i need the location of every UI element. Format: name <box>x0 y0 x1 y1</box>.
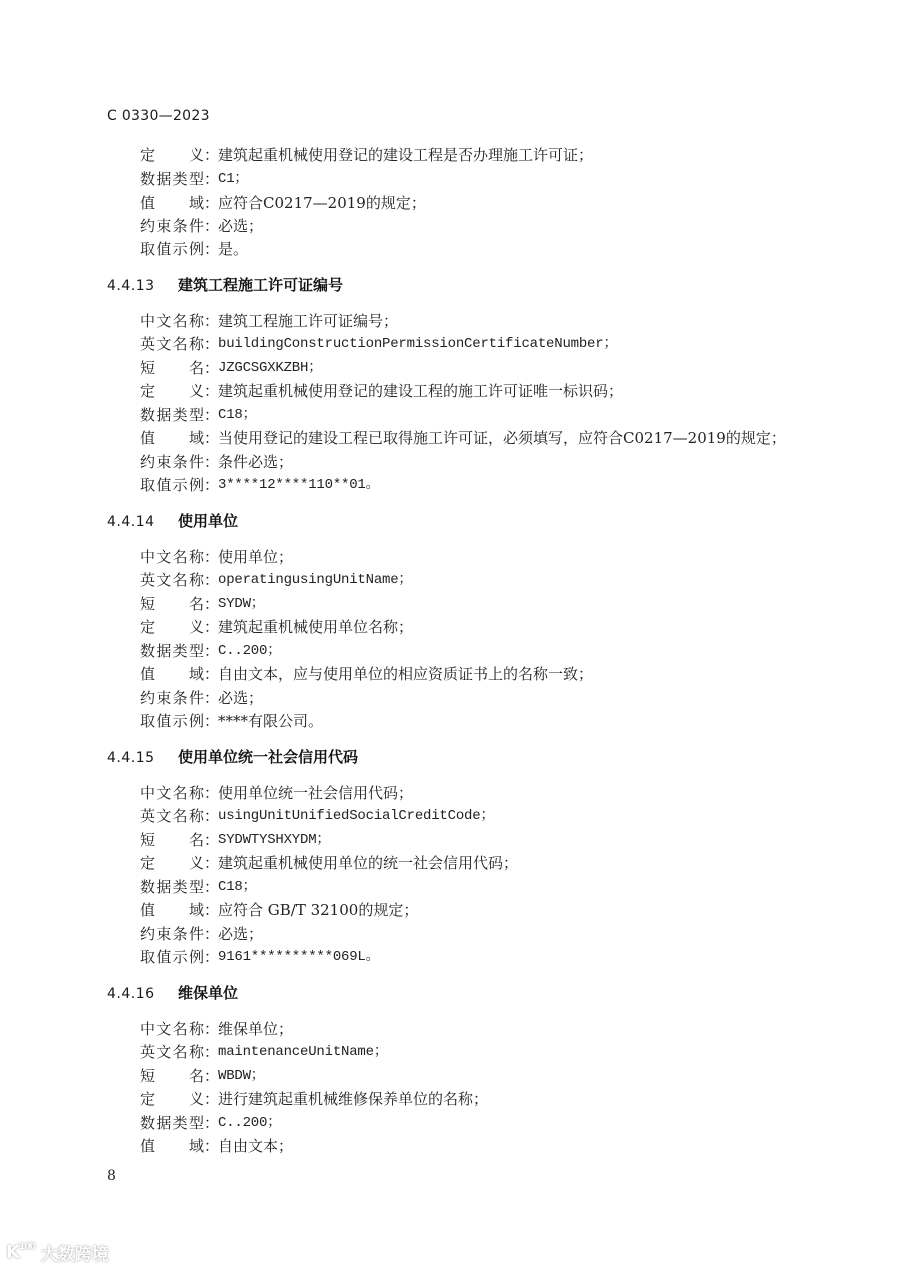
field-colon: ： <box>204 782 218 805</box>
watermark: K100 大数跨境 <box>6 1240 109 1265</box>
field-colon: ： <box>204 593 218 616</box>
section-title: 维保单位 <box>178 981 238 1005</box>
field-colon: ： <box>204 1065 218 1088</box>
field-colon: ： <box>204 805 218 828</box>
section-title: 使用单位 <box>178 509 238 533</box>
field-value: 必选； <box>218 687 263 710</box>
field-line-value-domain: 值域：自由文本； <box>140 1135 293 1158</box>
field-label: 约束条件 <box>140 215 204 238</box>
field-colon: ： <box>204 1088 218 1111</box>
field-line-english-name: 英文名称：buildingConstructionPermissionCerti… <box>140 333 617 356</box>
field-line-example: 取值示例：****有限公司。 <box>140 710 323 733</box>
field-colon: ： <box>204 616 218 639</box>
field-colon: ： <box>204 1135 218 1158</box>
watermark-logo-icon: K100 <box>6 1242 35 1263</box>
field-label: 中文名称 <box>140 546 204 569</box>
field-value: 9161**********069L。 <box>218 946 379 969</box>
field-label: 值域 <box>140 192 204 215</box>
field-line-constraint: 约束条件：必选； <box>140 923 263 946</box>
field-label: 值域 <box>140 1135 204 1158</box>
field-value: 维保单位； <box>218 1018 293 1041</box>
field-line-constraint: 约束条件：必选； <box>140 215 263 238</box>
field-label: 数据类型 <box>140 404 204 427</box>
field-line-constraint: 约束条件：必选； <box>140 687 263 710</box>
section-number: 4.4.13 <box>107 274 178 298</box>
field-colon: ： <box>204 1018 218 1041</box>
field-line-chinese-name: 中文名称：使用单位； <box>140 546 293 569</box>
field-label: 短名 <box>140 593 204 616</box>
field-colon: ： <box>204 569 218 592</box>
document-page: C 0330—2023 定义：建筑起重机械使用登记的建设工程是否办理施工许可证；… <box>0 0 900 1273</box>
field-value: 建筑起重机械使用登记的建设工程的施工许可证唯一标识码； <box>218 380 623 403</box>
section-number: 4.4.15 <box>107 746 178 770</box>
field-line-english-name: 英文名称：operatingusingUnitName； <box>140 569 412 592</box>
field-value: 使用单位统一社会信用代码； <box>218 782 413 805</box>
field-line-data-type: 数据类型：C18； <box>140 876 256 899</box>
field-label: 数据类型 <box>140 1112 204 1135</box>
field-label: 取值示例 <box>140 238 204 261</box>
field-label: 定义 <box>140 852 204 875</box>
field-line-example: 取值示例：是。 <box>140 238 248 261</box>
field-label: 中文名称 <box>140 310 204 333</box>
field-value: 建筑起重机械使用单位名称； <box>218 616 413 639</box>
field-label: 英文名称 <box>140 569 204 592</box>
field-line-english-name: 英文名称：usingUnitUnifiedSocialCreditCode； <box>140 805 494 828</box>
section-heading-4-4-15: 4.4.15使用单位统一社会信用代码 <box>107 745 358 769</box>
field-label: 短名 <box>140 357 204 380</box>
field-colon: ： <box>204 1041 218 1064</box>
field-value: C18； <box>218 404 256 427</box>
field-colon: ： <box>204 310 218 333</box>
field-colon: ： <box>204 357 218 380</box>
field-value: 当使用登记的建设工程已取得施工许可证，必须填写，应符合C0217—2019的规定… <box>218 427 786 450</box>
field-value: buildingConstructionPermissionCertificat… <box>218 333 617 356</box>
field-value: SYDWTYSHXYDM； <box>218 829 330 852</box>
field-colon: ： <box>204 876 218 899</box>
field-value: C18； <box>218 876 256 899</box>
field-colon: ： <box>204 546 218 569</box>
field-label: 英文名称 <box>140 805 204 828</box>
field-value: 3****12****110**01。 <box>218 474 379 497</box>
field-colon: ： <box>204 451 218 474</box>
field-value: 建筑工程施工许可证编号； <box>218 310 398 333</box>
field-label: 值域 <box>140 427 204 450</box>
field-line-value-domain: 值域：应符合C0217—2019的规定； <box>140 192 426 215</box>
field-line-chinese-name: 中文名称：使用单位统一社会信用代码； <box>140 782 413 805</box>
field-label: 值域 <box>140 899 204 922</box>
watermark-logo-sup: 100 <box>19 1242 35 1252</box>
field-colon: ： <box>204 192 218 215</box>
section-title: 使用单位统一社会信用代码 <box>178 745 358 769</box>
field-label: 取值示例 <box>140 710 204 733</box>
section-title: 建筑工程施工许可证编号 <box>178 273 343 297</box>
field-value: WBDW； <box>218 1065 265 1088</box>
field-value: 应符合C0217—2019的规定； <box>218 192 426 215</box>
field-line-definition: 定义：进行建筑起重机械维修保养单位的名称； <box>140 1088 488 1111</box>
field-line-constraint: 约束条件：条件必选； <box>140 451 293 474</box>
field-value: ****有限公司。 <box>218 710 323 733</box>
field-label: 英文名称 <box>140 1041 204 1064</box>
field-colon: ： <box>204 215 218 238</box>
field-value: C1； <box>218 168 248 191</box>
field-value: 必选； <box>218 923 263 946</box>
field-colon: ： <box>204 380 218 403</box>
field-label: 中文名称 <box>140 782 204 805</box>
field-colon: ： <box>204 946 218 969</box>
field-label: 约束条件 <box>140 451 204 474</box>
field-label: 取值示例 <box>140 946 204 969</box>
field-line-value-domain: 值域：应符合 GB/T 32100的规定； <box>140 899 418 922</box>
field-value: 必选； <box>218 215 263 238</box>
field-colon: ： <box>204 663 218 686</box>
section-number: 4.4.16 <box>107 982 178 1006</box>
field-label: 取值示例 <box>140 474 204 497</box>
field-label: 定义 <box>140 616 204 639</box>
field-line-example: 取值示例：9161**********069L。 <box>140 946 379 969</box>
field-value: SYDW； <box>218 593 265 616</box>
field-label: 英文名称 <box>140 333 204 356</box>
section-number: 4.4.14 <box>107 510 178 534</box>
field-value: 进行建筑起重机械维修保养单位的名称； <box>218 1088 488 1111</box>
field-line-example: 取值示例：3****12****110**01。 <box>140 474 379 497</box>
field-label: 中文名称 <box>140 1018 204 1041</box>
field-line-data-type: 数据类型：C..200； <box>140 1112 281 1135</box>
field-value: operatingusingUnitName； <box>218 569 412 592</box>
field-line-english-name: 英文名称：maintenanceUnitName； <box>140 1041 388 1064</box>
section-heading-4-4-16: 4.4.16维保单位 <box>107 981 238 1005</box>
field-line-definition: 定义：建筑起重机械使用单位名称； <box>140 616 413 639</box>
field-line-short-name: 短名：SYDW； <box>140 593 265 616</box>
section-heading-4-4-14: 4.4.14使用单位 <box>107 509 238 533</box>
field-colon: ： <box>204 404 218 427</box>
field-colon: ： <box>204 144 218 167</box>
field-value: usingUnitUnifiedSocialCreditCode； <box>218 805 494 828</box>
page-number: 8 <box>107 1168 116 1184</box>
field-label: 值域 <box>140 663 204 686</box>
watermark-logo-letter: K <box>6 1242 19 1263</box>
field-label: 约束条件 <box>140 923 204 946</box>
field-value: 自由文本； <box>218 1135 293 1158</box>
field-colon: ： <box>204 640 218 663</box>
field-value: JZGCSGXKZBH； <box>218 357 322 380</box>
field-label: 短名 <box>140 829 204 852</box>
field-label: 数据类型 <box>140 168 204 191</box>
field-line-short-name: 短名：JZGCSGXKZBH； <box>140 357 322 380</box>
field-line-value-domain: 值域：自由文本，应与使用单位的相应资质证书上的名称一致； <box>140 663 593 686</box>
field-value: 应符合 GB/T 32100的规定； <box>218 899 418 922</box>
field-line-chinese-name: 中文名称：维保单位； <box>140 1018 293 1041</box>
field-value: 是。 <box>218 238 248 261</box>
field-line-definition: 定义：建筑起重机械使用单位的统一社会信用代码； <box>140 852 518 875</box>
field-line-data-type: 数据类型：C1； <box>140 168 248 191</box>
field-colon: ： <box>204 923 218 946</box>
field-value: 建筑起重机械使用登记的建设工程是否办理施工许可证； <box>218 144 593 167</box>
field-line-short-name: 短名：WBDW； <box>140 1065 265 1088</box>
field-value: 自由文本，应与使用单位的相应资质证书上的名称一致； <box>218 663 593 686</box>
field-colon: ： <box>204 852 218 875</box>
field-label: 定义 <box>140 144 204 167</box>
watermark-text: 大数跨境 <box>41 1240 109 1265</box>
field-colon: ： <box>204 168 218 191</box>
field-line-value-domain: 值域：当使用登记的建设工程已取得施工许可证，必须填写，应符合C0217—2019… <box>140 427 786 450</box>
field-colon: ： <box>204 1112 218 1135</box>
field-colon: ： <box>204 427 218 450</box>
field-label: 定义 <box>140 380 204 403</box>
field-value: 使用单位； <box>218 546 293 569</box>
field-line-short-name: 短名：SYDWTYSHXYDM； <box>140 829 330 852</box>
field-value: C..200； <box>218 1112 281 1135</box>
field-label: 数据类型 <box>140 640 204 663</box>
document-code-header: C 0330—2023 <box>107 108 210 124</box>
field-value: C..200； <box>218 640 281 663</box>
field-label: 定义 <box>140 1088 204 1111</box>
field-label: 约束条件 <box>140 687 204 710</box>
field-colon: ： <box>204 899 218 922</box>
field-colon: ： <box>204 238 218 261</box>
field-value: 建筑起重机械使用单位的统一社会信用代码； <box>218 852 518 875</box>
field-colon: ： <box>204 333 218 356</box>
field-line-definition: 定义：建筑起重机械使用登记的建设工程是否办理施工许可证； <box>140 144 593 167</box>
field-line-data-type: 数据类型：C18； <box>140 404 256 427</box>
field-label: 短名 <box>140 1065 204 1088</box>
field-line-data-type: 数据类型：C..200； <box>140 640 281 663</box>
section-heading-4-4-13: 4.4.13建筑工程施工许可证编号 <box>107 273 343 297</box>
field-line-chinese-name: 中文名称：建筑工程施工许可证编号； <box>140 310 398 333</box>
field-value: maintenanceUnitName； <box>218 1041 388 1064</box>
field-colon: ： <box>204 687 218 710</box>
field-value: 条件必选； <box>218 451 293 474</box>
field-colon: ： <box>204 829 218 852</box>
field-colon: ： <box>204 474 218 497</box>
field-colon: ： <box>204 710 218 733</box>
field-label: 数据类型 <box>140 876 204 899</box>
field-line-definition: 定义：建筑起重机械使用登记的建设工程的施工许可证唯一标识码； <box>140 380 623 403</box>
